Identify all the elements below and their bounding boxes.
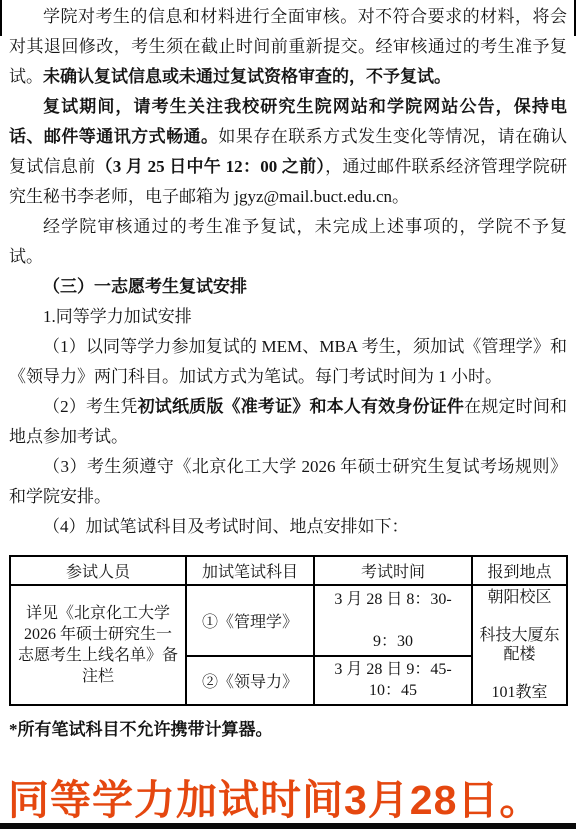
text-run-bold: （3 月 25 日中午 12：00 之前） [95,157,325,176]
cell-participants: 详见《北京化工大学 2026 年硕士研究生一 志愿考生上线名单》备 注栏 [10,585,186,705]
exam-schedule-table: 参试人员 加试笔试科目 考试时间 报到地点 详见《北京化工大学 2026 年硕士… [9,555,568,706]
paragraph-approval: 经学院审核通过的考生准予复试，未完成上述事项的，学院不予复试。 [9,212,567,272]
table-row: 详见《北京化工大学 2026 年硕士研究生一 志愿考生上线名单》备 注栏 ①《管… [10,585,567,656]
cell-subject-leadership: ②《领导力》 [186,656,314,705]
cell-subject-management: ①《管理学》 [186,585,314,656]
col-header-time: 考试时间 [314,556,472,585]
paragraph-review-policy: 学院对考生的信息和材料进行全面审核。对不符合要求的材料，将会对其退回修改，考生须… [9,2,567,92]
bottom-border [0,823,576,829]
table-header-row: 参试人员 加试笔试科目 考试时间 报到地点 [10,556,567,585]
text-run-bold: 未确认复试信息或未通过复试资格审查的，不予复试。 [43,67,451,86]
document-page: 学院对考生的信息和材料进行全面审核。对不符合要求的材料，将会对其退回修改，考生须… [0,0,576,742]
sub-heading: 1.同等学力加试安排 [9,302,567,332]
red-banner-exam-date: 同等学力加试时间3月28日。 [8,778,574,822]
cell-time-management: 3 月 28 日 8：30- 9：30 [314,585,472,656]
list-item-4: （4）加试笔试科目及考试时间、地点安排如下： [9,512,567,542]
list-item-2: （2）考生凭初试纸质版《准考证》和本人有效身份证件在规定时间和地点参加考试。 [9,392,567,452]
text-run-bold: 初试纸质版《准考证》和本人有效身份证件 [138,397,464,416]
col-header-location: 报到地点 [472,556,567,585]
cell-location: 朝阳校区 科技大厦东 配楼 101教室 [472,585,567,705]
col-header-subject: 加试笔试科目 [186,556,314,585]
col-header-participants: 参试人员 [10,556,186,585]
cell-time-leadership: 3 月 28 日 9：45- 10：45 [314,656,472,705]
paragraph-contact-info: 复试期间，请考生关注我校研究生院网站和学院网站公告，保持电话、邮件等通讯方式畅通… [9,92,567,212]
calculator-note: *所有笔试科目不允许携带计算器。 [9,718,567,742]
list-item-3: （3）考生须遵守《北京化工大学 2026 年硕士研究生复试考场规则》和学院安排。 [9,452,567,512]
text-run: （2）考生凭 [43,397,138,416]
frame-edge-left-icon [0,0,2,36]
list-item-1: （1）以同等学力参加复试的 MEM、MBA 考生，须加试《管理学》和《领导力》两… [9,332,567,392]
section-heading: （三）一志愿考生复试安排 [9,272,567,302]
